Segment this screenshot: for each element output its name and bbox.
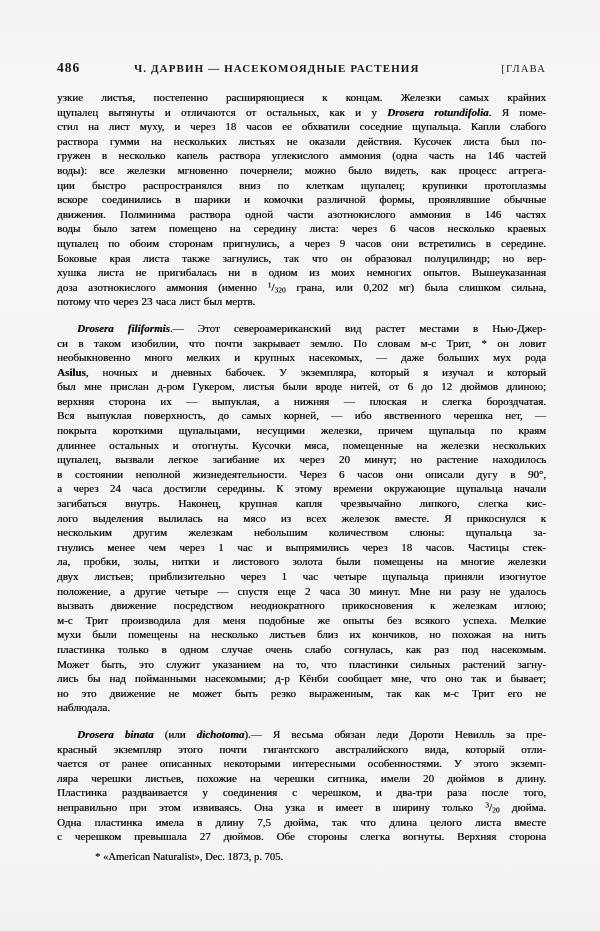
text-line: воды): все железки мгновенно почернели; … — [57, 164, 546, 179]
text-segment: положение, а другие четыре — спустя еще … — [57, 586, 546, 598]
text-line: Боковые края листа также загнулись, так … — [57, 252, 546, 267]
footnote-area: * «American Naturalist», Dec. 1873, p. 7… — [57, 851, 546, 865]
text-line: верхняя сторона их — выпуклая, а нижняя … — [57, 395, 546, 410]
text-line: Может быть, это служит указанием на то, … — [57, 658, 546, 673]
text-line: Drosera filiformis.— Этот североамерикан… — [57, 322, 546, 337]
text-segment: лого выделения вылилась на мясо из всех … — [57, 513, 546, 525]
text-line: щупалец, вызвали легкое загибание их чер… — [57, 453, 546, 468]
text-segment: загибаться внутрь. Наконец, крупная капл… — [57, 498, 546, 510]
text-segment: грана, или 0,202 мг) была слишком сильна… — [286, 282, 546, 294]
running-title: Ч. ДАРВИН — НАСЕКОМОЯДНЫЕ РАСТЕНИЯ — [134, 63, 419, 75]
text-line: длиннее остальных и отогнуты. Кусочки мя… — [57, 439, 546, 454]
text-line: щупалец по обоим сторонам пригнулись, а … — [57, 237, 546, 252]
text-segment: нескольким другим железкам небольшим кол… — [57, 527, 546, 539]
text-segment: лись бы над пойманными насекомыми; д-р К… — [57, 673, 546, 685]
text-segment: хушка листа не пригибалась ни в одном из… — [57, 267, 546, 279]
text-segment: ции быстро распространялся вниз по клетк… — [57, 180, 546, 192]
text-segment: покрыта короткими щупальцами, несущими ж… — [57, 425, 546, 437]
text-line: мухи были помещены на несколько листьев … — [57, 628, 546, 643]
text-segment: Вся выпуклая поверхность, до самых корне… — [57, 410, 546, 422]
text-line: вызвать движение посредством неоднократн… — [57, 599, 546, 614]
text-line: ляра черешки листьев, похожие на черешки… — [57, 772, 546, 787]
text-line: чается от ранее описанных некоторыми инт… — [57, 757, 546, 772]
text-line: гнулись менее чем через 1 час и выпрямил… — [57, 541, 546, 556]
text-segment: необыкновенно много мелких и крупных нас… — [57, 352, 546, 364]
footnote: * «American Naturalist», Dec. 1873, p. 7… — [57, 851, 546, 865]
text-line: покрыта короткими щупальцами, несущими ж… — [57, 424, 546, 439]
text-line: положение, а другие четыре — спустя еще … — [57, 585, 546, 600]
page-header: 486 Ч. ДАРВИН — НАСЕКОМОЯДНЫЕ РАСТЕНИЯ [… — [57, 60, 546, 76]
paragraph: узкие листья, постепенно расширяющиеся к… — [57, 91, 546, 310]
text-line: ции быстро распространялся вниз по клетк… — [57, 179, 546, 194]
text-segment: пластинка только в одном случае очень сл… — [57, 644, 546, 656]
text-line: Вся выпуклая поверхность, до самых корне… — [57, 409, 546, 424]
text-segment: гружен в несколько капель раствора углек… — [57, 150, 546, 162]
styled-text-segment: Drosera binata — [77, 729, 154, 741]
text-segment: стил на лист муху, и через 18 часов ее о… — [57, 121, 546, 133]
text-line: стил на лист муху, и через 18 часов ее о… — [57, 120, 546, 135]
text-segment: .— Этот североамериканский вид растет ме… — [170, 323, 546, 335]
text-line: щупалец вытянуты и отличаются от остальн… — [57, 106, 546, 121]
text-segment: мухи были помещены на несколько листьев … — [57, 629, 546, 641]
text-segment: движения. Полминима раствора одной части… — [57, 209, 546, 221]
text-line: лись бы над пойманными насекомыми; д-р К… — [57, 672, 546, 687]
text-segment: раствора гумми на нескольких листьях не … — [57, 136, 546, 148]
body-text: узкие листья, постепенно расширяющиеся к… — [57, 91, 546, 845]
text-line: доза азотнокислого аммония (именно 1/320… — [57, 281, 546, 296]
text-segment: Может быть, это служит указанием на то, … — [57, 659, 546, 671]
text-segment: . Я поме- — [489, 107, 546, 119]
text-segment: щупалец вытянуты и отличаются от остальн… — [57, 107, 387, 119]
text-segment: наблюдала. — [57, 702, 110, 714]
text-segment: а через 24 часа достигли середины. К это… — [57, 483, 546, 495]
text-line: Drosera binata (или dichotoma).— Я весьм… — [57, 728, 546, 743]
page-number: 486 — [57, 60, 80, 76]
text-line: узкие листья, постепенно расширяющиеся к… — [57, 91, 546, 106]
text-segment: ла, пробки, золы, нитки и листового золо… — [57, 556, 546, 568]
text-line: а через 24 часа достигли середины. К это… — [57, 482, 546, 497]
text-line: наблюдала. — [57, 701, 546, 716]
text-line: си в таком изобилии, что почти закрывает… — [57, 337, 546, 352]
text-segment: щупалец по обоим сторонам пригнулись, а … — [57, 238, 546, 250]
paragraph: Drosera binata (или dichotoma).— Я весьм… — [57, 728, 546, 845]
text-segment: потому что через 23 часа лист был мертв. — [57, 296, 255, 308]
text-line: красный экземпляр этого почти гигантског… — [57, 743, 546, 758]
text-line: раствора гумми на нескольких листьях не … — [57, 135, 546, 150]
text-segment: узкие листья, постепенно расширяющиеся к… — [57, 92, 546, 104]
text-line: движения. Полминима раствора одной части… — [57, 208, 546, 223]
text-line: потому что через 23 часа лист был мертв. — [57, 295, 546, 310]
text-line: гружен в несколько капель раствора углек… — [57, 149, 546, 164]
text-segment: Одна пластинка имела в длину 7,5 дюйма, … — [57, 817, 546, 829]
text-line: м-с Трит производила для меня подобные ж… — [57, 614, 546, 629]
text-segment: верхняя сторона их — выпуклая, а нижняя … — [57, 396, 546, 408]
text-segment: воды было затем помещено на середину лис… — [57, 223, 546, 235]
styled-text-segment: dichotoma — [197, 729, 245, 741]
styled-text-segment: 320 — [274, 285, 285, 294]
text-line: Пластинка раздваивается у соединения с ч… — [57, 786, 546, 801]
text-line: хушка листа не пригибалась ни в одном из… — [57, 266, 546, 281]
text-line: загибаться внутрь. Наконец, крупная капл… — [57, 497, 546, 512]
text-line: нескольким другим железкам небольшим кол… — [57, 526, 546, 541]
text-segment: , ночных и дневных бабочек. У экземпляра… — [86, 367, 546, 379]
text-segment: с черешком превышала 27 дюймов. Обе стор… — [57, 831, 546, 843]
text-segment: си в таком изобилии, что почти закрывает… — [57, 338, 546, 350]
text-line: двух листьев; приблизительно через 1 час… — [57, 570, 546, 585]
text-segment: доза азотнокислого аммония (именно — [57, 282, 268, 294]
chapter-marker: [ГЛАВА — [501, 64, 546, 75]
text-segment: ).— Я весьма обязан леди Дороти Невилль … — [244, 729, 546, 741]
text-line: в состоянии неполной жизнедеятельности. … — [57, 468, 546, 483]
text-segment: чается от ранее описанных некоторыми инт… — [57, 758, 546, 770]
text-line: пластинка только в одном случае очень сл… — [57, 643, 546, 658]
text-segment: вскоре соединились в шарики и комочки ра… — [57, 194, 546, 206]
text-line: ла, пробки, золы, нитки и листового золо… — [57, 555, 546, 570]
book-page: 486 Ч. ДАРВИН — НАСЕКОМОЯДНЫЕ РАСТЕНИЯ [… — [0, 0, 600, 931]
text-segment: Пластинка раздваивается у соединения с ч… — [57, 787, 546, 799]
text-segment: (или — [154, 729, 197, 741]
text-segment: Боковые края листа также загнулись, так … — [57, 253, 546, 265]
text-line: лого выделения вылилась на мясо из всех … — [57, 512, 546, 527]
text-line: неправильно при этом извиваясь. Она узка… — [57, 801, 546, 816]
text-segment: красный экземпляр этого почти гигантског… — [57, 744, 546, 756]
text-line: Asilus, ночных и дневных бабочек. У экзе… — [57, 366, 546, 381]
text-segment: двух листьев; приблизительно через 1 час… — [57, 571, 546, 583]
text-segment: неправильно при этом извиваясь. Она узка… — [57, 802, 485, 814]
text-segment: щупалец, вызвали легкое загибание их чер… — [57, 454, 546, 466]
text-segment: в состоянии неполной жизнедеятельности. … — [57, 469, 546, 481]
text-line: вскоре соединились в шарики и комочки ра… — [57, 193, 546, 208]
paragraph: Drosera filiformis.— Этот североамерикан… — [57, 322, 546, 716]
styled-text-segment: Asilus — [57, 367, 86, 379]
text-segment: воды): все железки мгновенно почернели; … — [57, 165, 546, 177]
text-line: необыкновенно много мелких и крупных нас… — [57, 351, 546, 366]
text-segment: ляра черешки листьев, похожие на черешки… — [57, 773, 546, 785]
text-segment: но это движение не может быть резко выра… — [57, 688, 546, 700]
text-segment: был мне прислан д-ром Гукером, листья бы… — [57, 381, 546, 393]
text-line: но это движение не может быть резко выра… — [57, 687, 546, 702]
text-line: с черешком превышала 27 дюймов. Обе стор… — [57, 830, 546, 845]
text-segment: дюйма. — [499, 802, 546, 814]
text-line: воды было затем помещено на середину лис… — [57, 222, 546, 237]
text-line: Одна пластинка имела в длину 7,5 дюйма, … — [57, 816, 546, 831]
text-segment: вызвать движение посредством неоднократн… — [57, 600, 546, 612]
text-line: был мне прислан д-ром Гукером, листья бы… — [57, 380, 546, 395]
styled-text-segment: Drosera filiformis — [77, 323, 170, 335]
text-segment: гнулись менее чем через 1 час и выпрямил… — [57, 542, 546, 554]
styled-text-segment: Drosera rotundifolia — [387, 107, 488, 119]
text-segment: м-с Трит производила для меня подобные ж… — [57, 615, 546, 627]
text-segment: длиннее остальных и отогнуты. Кусочки мя… — [57, 440, 546, 452]
